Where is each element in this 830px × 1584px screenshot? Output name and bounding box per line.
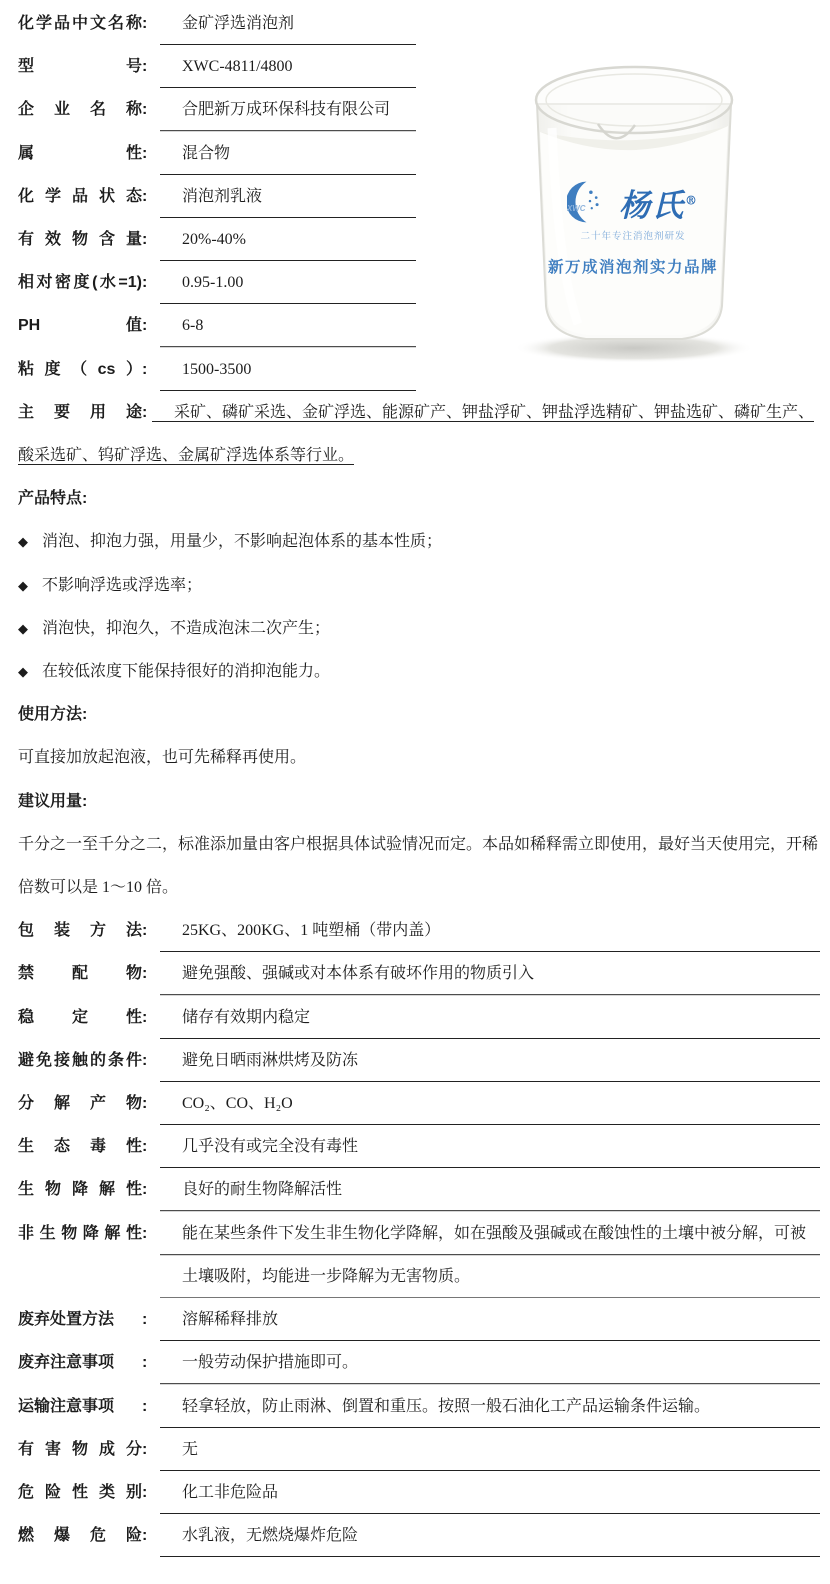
field-colon: : (142, 1125, 152, 1168)
feature-bullet-text: 不影响浮选或浮选率； (42, 577, 202, 594)
registered-mark: ® (685, 193, 699, 207)
feature-bullet-text: 消泡、抑泡力强，用量少，不影响起泡体系的基本性质； (42, 533, 442, 550)
diamond-bullet-icon: ◆ (18, 564, 42, 607)
field-label: 主要用途 (18, 391, 142, 434)
field-row: 生态毒性:几乎没有或完全没有毒性 (18, 1125, 822, 1168)
field-colon: : (142, 909, 152, 952)
field-colon: : (142, 45, 152, 88)
field-value: 0.95-1.00 (160, 261, 416, 304)
field-colon: : (142, 1471, 152, 1514)
section-heading-features: 产品特点: (18, 477, 822, 520)
field-label: 生物降解性 (18, 1168, 142, 1211)
field-row: 运输注意事项:轻拿轻放，防止雨淋、倒置和重压。按照一般石油化工产品运输条件运输。 (18, 1385, 822, 1428)
diamond-bullet-icon: ◆ (18, 650, 42, 693)
usage-method-paragraph: 可直接加放起泡液，也可先稀释再使用。 (18, 736, 818, 779)
field-value: 消泡剂乳液 (160, 175, 416, 218)
field-colon: : (142, 1385, 152, 1428)
diamond-bullet-icon: ◆ (18, 607, 42, 650)
field-label: 生态毒性 (18, 1125, 142, 1168)
field-value: 避免强酸、强碱或对本体系有破坏作用的物质引入 (160, 952, 820, 995)
feature-bullet: ◆不影响浮选或浮选率； (18, 564, 822, 607)
field-colon: : (142, 132, 152, 175)
document-page: 化学品中文名称:金矿浮选消泡剂型号:XWC-4811/4800企业名称:合肥新万… (0, 0, 830, 1584)
field-colon: : (142, 1082, 152, 1125)
field-value: CO₂、CO、H₂O (160, 1082, 820, 1125)
field-label: PH 值 (18, 304, 142, 347)
field-row: 生物降解性:良好的耐生物降解活性 (18, 1168, 822, 1211)
field-colon: : (142, 996, 152, 1039)
field-row: 燃爆危险:水乳液，无燃烧爆炸危险 (18, 1514, 822, 1557)
field-label: 稳定性 (18, 996, 142, 1039)
field-value: 溶解稀释排放 (160, 1298, 820, 1341)
field-colon: : (142, 304, 152, 347)
field-value: 几乎没有或完全没有毒性 (160, 1125, 820, 1168)
field-colon: : (142, 1428, 152, 1471)
field-colon: : (142, 1298, 152, 1341)
tagline-small: 二十年专注消泡剂研发 (524, 228, 742, 242)
field-label: 废弃处置方法 (18, 1298, 142, 1341)
diamond-bullet-icon: ◆ (18, 520, 42, 563)
field-row: 危险性类别:化工非危险品 (18, 1471, 822, 1514)
brand-logo: XWC 杨氏® 二十年专注消泡剂研发 新万成消泡剂实力品牌 (524, 178, 742, 277)
feature-bullet-text: 在较低浓度下能保持很好的消抑泡能力。 (42, 663, 330, 680)
field-row: 禁配物:避免强酸、强碱或对本体系有破坏作用的物质引入 (18, 952, 822, 995)
field-label: 化学品中文名称 (18, 2, 142, 45)
field-row: 包装方法:25KG、200KG、1 吨塑桶（带内盖） (18, 909, 822, 952)
field-row: 废弃处置方法:溶解稀释排放 (18, 1298, 822, 1341)
field-colon: : (142, 88, 152, 131)
field-label: 非生物降解性 (18, 1212, 142, 1255)
field-value: 轻拿轻放，防止雨淋、倒置和重压。按照一般石油化工产品运输条件运输。 (160, 1385, 820, 1428)
field-label: 相对密度(水=1) (18, 261, 142, 304)
field-label: 企业名称 (18, 88, 142, 131)
field-colon: : (142, 175, 152, 218)
field-value: 6-8 (160, 304, 416, 347)
field-colon: : (142, 952, 152, 995)
field-value: 25KG、200KG、1 吨塑桶（带内盖） (160, 909, 820, 952)
field-colon: : (142, 261, 152, 304)
field-label: 废弃注意事项 (18, 1341, 142, 1384)
field-value: 避免日晒雨淋烘烤及防冻 (160, 1039, 820, 1082)
field-value: 混合物 (160, 132, 416, 175)
xwc-text: XWC (567, 204, 586, 213)
moon-stars-icon: XWC (567, 178, 613, 226)
field-value: 金矿浮选消泡剂 (160, 2, 416, 45)
field-label: 运输注意事项 (18, 1385, 142, 1428)
field-label: 禁配物 (18, 952, 142, 995)
field-label: 危险性类别 (18, 1471, 142, 1514)
field-label: 有效物含量 (18, 218, 142, 261)
field-colon: : (142, 1341, 152, 1384)
feature-bullet: ◆消泡快，抑泡久，不造成泡沫二次产生； (18, 607, 822, 650)
field-label: 分解产物 (18, 1082, 142, 1125)
field-colon: : (142, 391, 152, 434)
field-label: 燃爆危险 (18, 1514, 142, 1557)
feature-bullet-text: 消泡快，抑泡久，不造成泡沫二次产生； (42, 620, 330, 637)
feature-bullet-list: ◆消泡、抑泡力强，用量少，不影响起泡体系的基本性质；◆不影响浮选或浮选率；◆消泡… (18, 520, 822, 693)
field-colon: : (142, 1168, 152, 1211)
section-heading-dosage: 建议用量: (18, 780, 822, 823)
field-value: 20%-40% (160, 218, 416, 261)
field-row: 非生物降解性:能在某些条件下发生非生物化学降解，如在强酸及强碱或在酸蚀性的土壤中… (18, 1212, 822, 1298)
product-beaker-image: XWC 杨氏® 二十年专注消泡剂研发 新万成消泡剂实力品牌 (498, 28, 820, 368)
field-label: 属性 (18, 132, 142, 175)
field-row: 稳定性:储存有效期内稳定 (18, 996, 822, 1039)
field-value: XWC-4811/4800 (160, 45, 416, 88)
field-value: 一般劳动保护措施即可。 (160, 1341, 820, 1384)
field-value: 合肥新万成环保科技有限公司 (160, 88, 416, 131)
field-value: 水乳液，无燃烧爆炸危险 (160, 1514, 820, 1557)
field-value: 1500-3500 (160, 348, 416, 391)
field-row: 废弃注意事项:一般劳动保护措施即可。 (18, 1341, 822, 1384)
field-value: 化工非危险品 (160, 1471, 820, 1514)
field-label: 化学品状态 (18, 175, 142, 218)
beaker-rim (536, 67, 732, 133)
tagline-main: 新万成消泡剂实力品牌 (524, 255, 742, 277)
dosage-paragraph: 千分之一至千分之二，标准添加量由客户根据具体试验情况而定。本品如稀释需立即使用，… (18, 823, 818, 909)
field-colon: : (142, 218, 152, 261)
brand-name: 杨氏® (619, 180, 699, 225)
bottom-fields-section: 包装方法:25KG、200KG、1 吨塑桶（带内盖）禁配物:避免强酸、强碱或对本… (18, 909, 822, 1557)
field-row: 避免接触的条件:避免日晒雨淋烘烤及防冻 (18, 1039, 822, 1082)
field-label: 避免接触的条件 (18, 1039, 142, 1082)
field-row: 有害物成分:无 (18, 1428, 822, 1471)
section-heading-usage-method: 使用方法: (18, 693, 822, 736)
feature-bullet: ◆消泡、抑泡力强，用量少，不影响起泡体系的基本性质； (18, 520, 822, 563)
field-row-main-uses: 主要用途:采矿、磷矿采选、金矿浮选、能源矿产、钾盐浮矿、钾盐浮选精矿、钾盐选矿、… (18, 391, 822, 477)
field-label: 型号 (18, 45, 142, 88)
field-colon: : (142, 1212, 152, 1255)
field-label: 包装方法 (18, 909, 142, 952)
field-row: 分解产物:CO₂、CO、H₂O (18, 1082, 822, 1125)
field-colon: : (142, 1514, 152, 1557)
field-colon: : (142, 348, 152, 391)
field-label: 有害物成分 (18, 1428, 142, 1471)
field-value: 无 (160, 1428, 820, 1471)
field-colon: : (142, 2, 152, 45)
field-value: 良好的耐生物降解活性 (160, 1168, 820, 1211)
field-colon: : (142, 1039, 152, 1082)
field-label: 粘度（cs） (18, 348, 142, 391)
feature-bullet: ◆在较低浓度下能保持很好的消抑泡能力。 (18, 650, 822, 693)
field-value: 储存有效期内稳定 (160, 996, 820, 1039)
field-value: 能在某些条件下发生非生物化学降解，如在强酸及强碱或在酸蚀性的土壤中被分解，可被土… (160, 1212, 820, 1298)
